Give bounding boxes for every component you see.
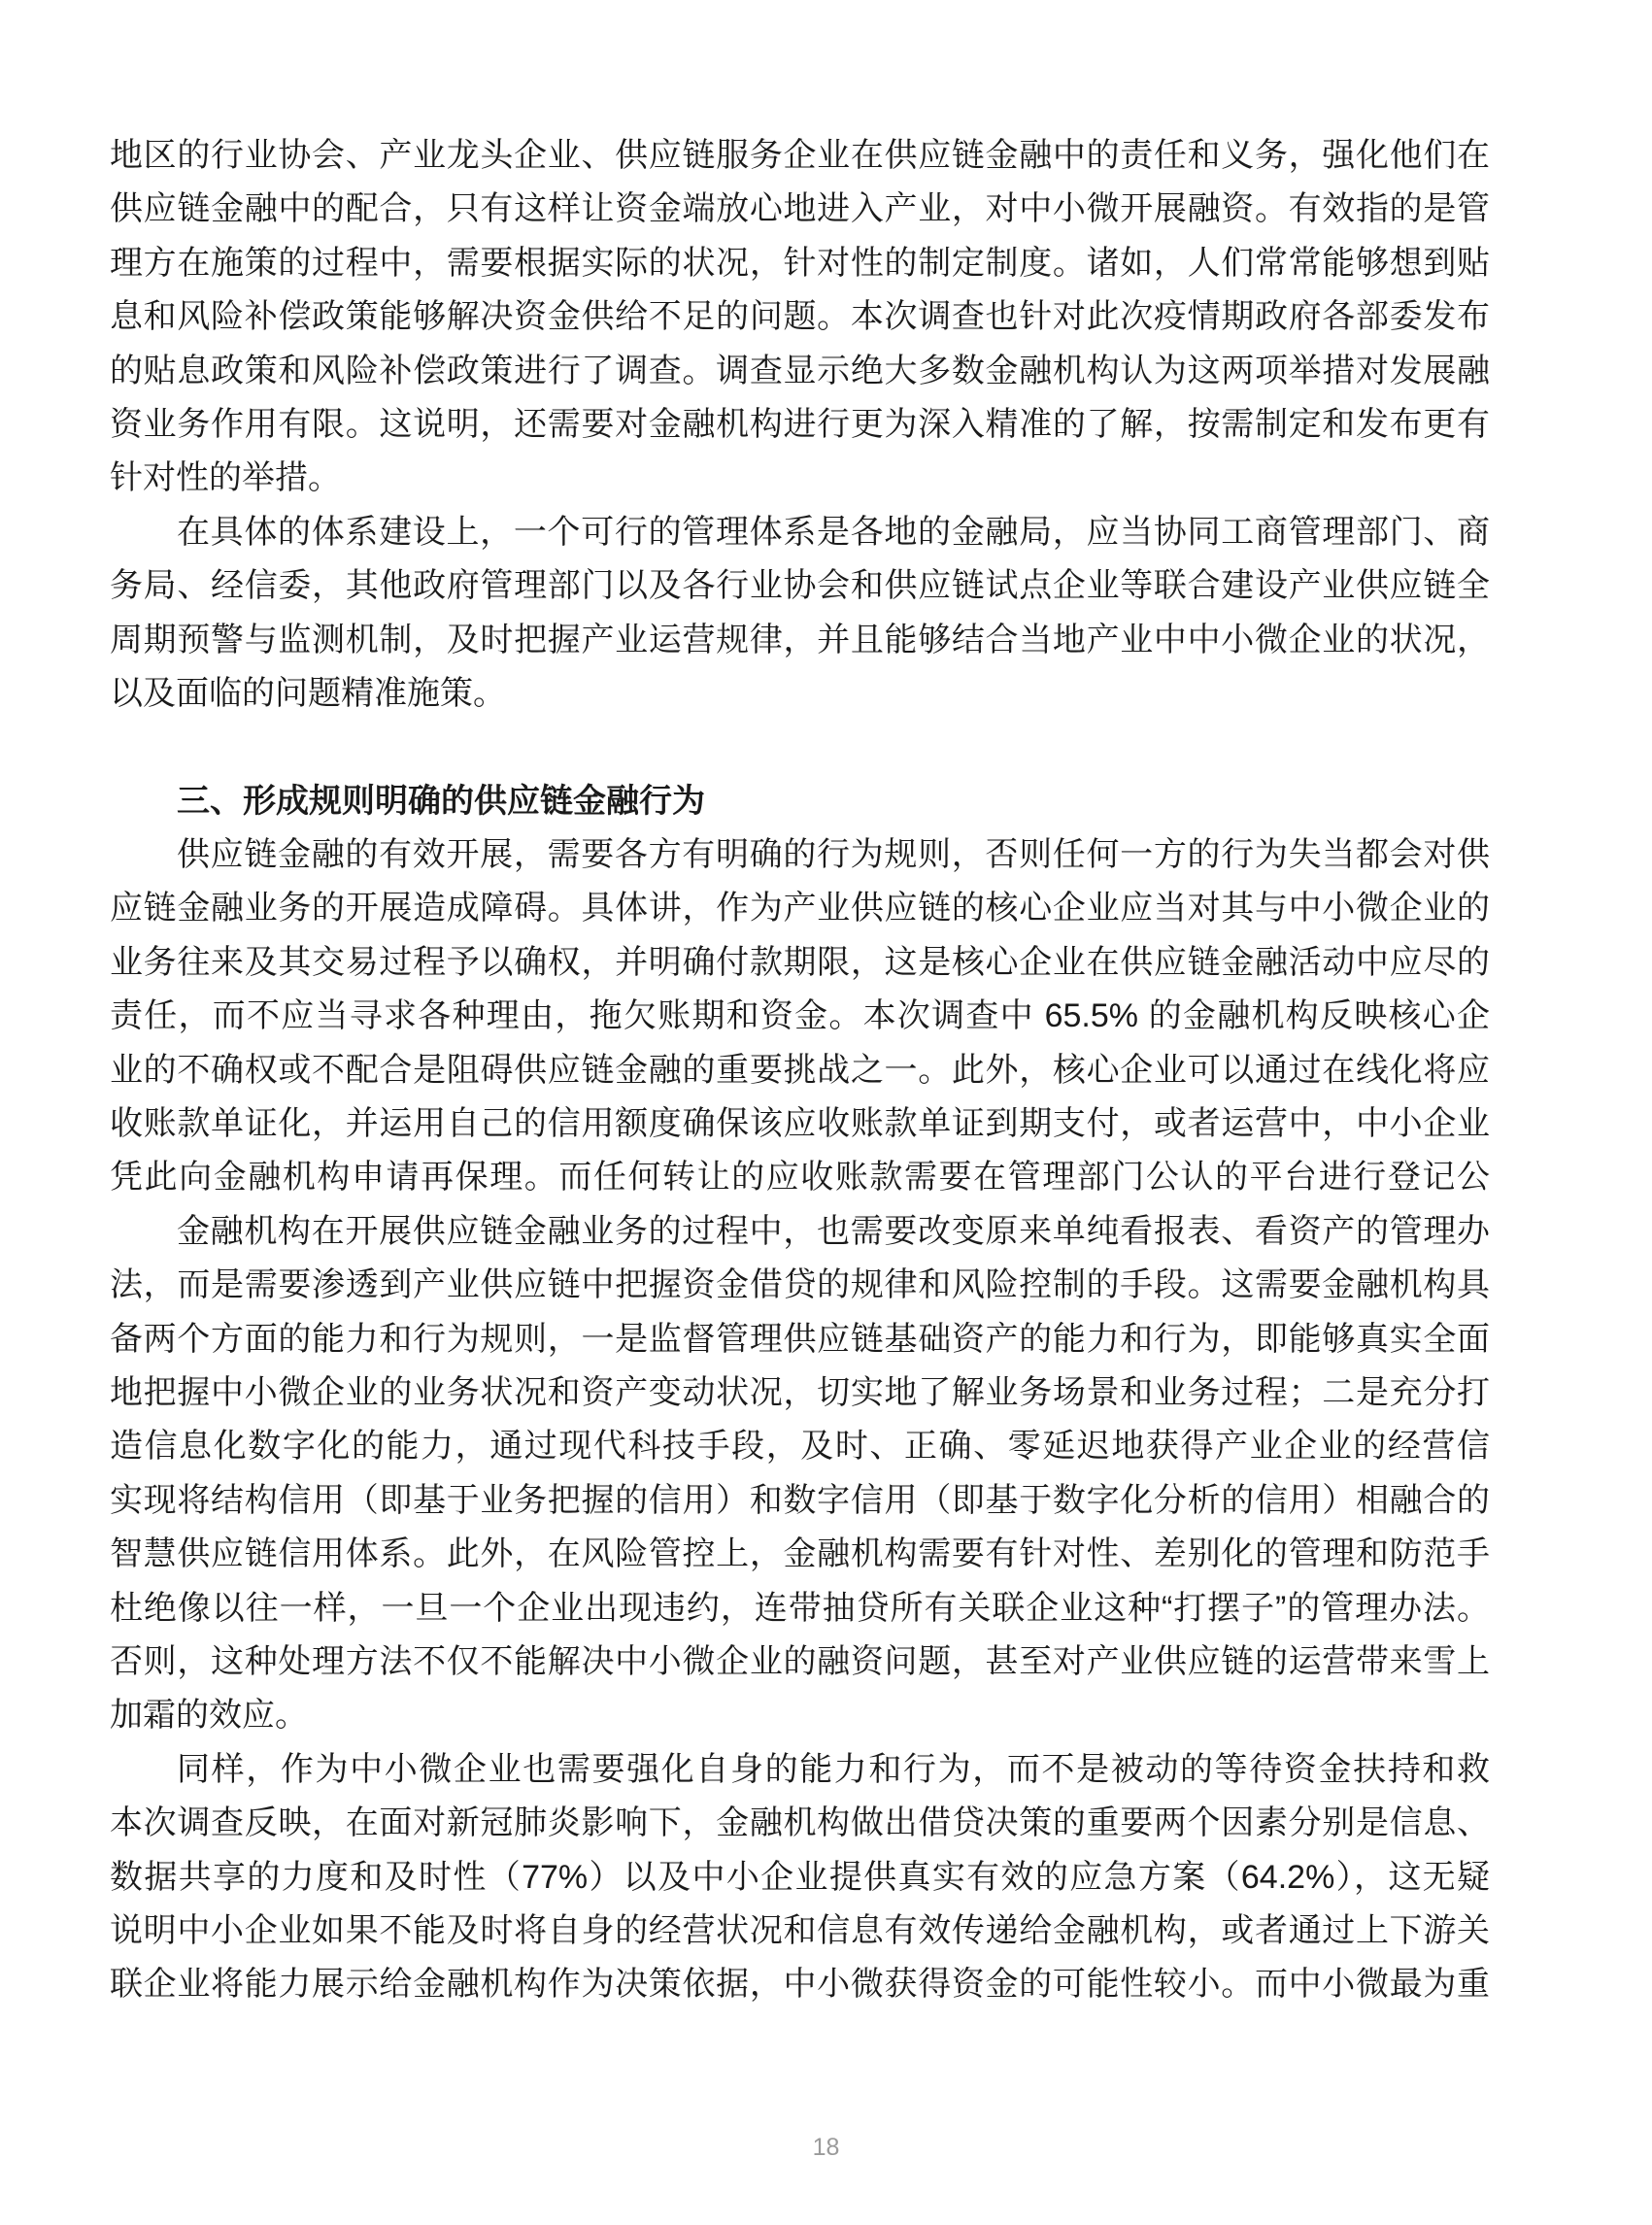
text-line: 说明中小企业如果不能及时将自身的经营状况和信息有效传递给金融机构，或者通过上下游…: [110, 1905, 1490, 1958]
text-line: 本次调查反映，在面对新冠肺炎影响下，金融机构做出借贷决策的重要两个因素分别是信息…: [110, 1797, 1490, 1850]
text-line: 在具体的体系建设上，一个可行的管理体系是各地的金融局，应当协同工商管理部门、商: [110, 506, 1490, 559]
text-line: 金融机构在开展供应链金融业务的过程中，也需要改变原来单纯看报表、看资产的管理办: [110, 1205, 1490, 1259]
paragraph: 地区的行业协会、产业龙头企业、供应链服务企业在供应链金融中的责任和义务，强化他们…: [110, 129, 1490, 506]
text-line: 地区的行业协会、产业龙头企业、供应链服务企业在供应链金融中的责任和义务，强化他们…: [110, 129, 1490, 183]
text-line: 地把握中小微企业的业务状况和资产变动状况，切实地了解业务场景和业务过程；二是充分…: [110, 1366, 1490, 1420]
text-line: 周期预警与监测机制，及时把握产业运营规律，并且能够结合当地产业中中小微企业的状况…: [110, 614, 1490, 667]
text-line: 收账款单证化，并运用自己的信用额度确保该应收账款单证到期支付，或者运营中，中小企…: [110, 1097, 1490, 1151]
paragraph: 金融机构在开展供应链金融业务的过程中，也需要改变原来单纯看报表、看资产的管理办法…: [110, 1205, 1490, 1743]
text-line: 否则，这种处理方法不仅不能解决中小微企业的融资问题，甚至对产业供应链的运营带来雪…: [110, 1635, 1490, 1689]
paragraph: 供应链金融的有效开展，需要各方有明确的行为规则，否则任何一方的行为失当都会对供应…: [110, 828, 1490, 1205]
text-line: 针对性的举措。: [110, 452, 1490, 505]
text-line: 数据共享的力度和及时性（77%）以及中小企业提供真实有效的应急方案（64.2%）…: [110, 1851, 1490, 1905]
section-heading: 三、形成规则明确的供应链金融行为: [110, 775, 1490, 828]
paragraph: 同样，作为中小微企业也需要强化自身的能力和行为，而不是被动的等待资金扶持和救援。…: [110, 1743, 1490, 2012]
text-line: 智慧供应链信用体系。此外，在风险管控上，金融机构需要有针对性、差别化的管理和防范…: [110, 1528, 1490, 1581]
text-line: 凭此向金融机构申请再保理。而任何转让的应收账款需要在管理部门公认的平台进行登记公…: [110, 1151, 1490, 1204]
text-line: 杜绝像以往一样，一旦一个企业出现违约，连带抽贷所有关联企业这种“打摆子”的管理办…: [110, 1582, 1490, 1635]
text-line: 供应链金融的有效开展，需要各方有明确的行为规则，否则任何一方的行为失当都会对供: [110, 828, 1490, 882]
text-line: 备两个方面的能力和行为规则，一是监督管理供应链基础资产的能力和行为，即能够真实全…: [110, 1313, 1490, 1366]
text-line: 加霜的效应。: [110, 1689, 1490, 1742]
document-page: { "document": { "language": "zh-CN", "pa…: [0, 0, 1652, 2225]
text-line: 息和风险补偿政策能够解决资金供给不足的问题。本次调查也针对此次疫情期政府各部委发…: [110, 290, 1490, 344]
paragraph: 在具体的体系建设上，一个可行的管理体系是各地的金融局，应当协同工商管理部门、商务…: [110, 506, 1490, 722]
text-line: 联企业将能力展示给金融机构作为决策依据，中小微获得资金的可能性较小。而中小微最为…: [110, 1958, 1490, 2011]
text-line: 实现将结构信用（即基于业务把握的信用）和数字信用（即基于数字化分析的信用）相融合…: [110, 1474, 1490, 1528]
text-line: 的贴息政策和风险补偿政策进行了调查。调查显示绝大多数金融机构认为这两项举措对发展…: [110, 345, 1490, 398]
text-line: 同样，作为中小微企业也需要强化自身的能力和行为，而不是被动的等待资金扶持和救援。: [110, 1743, 1490, 1797]
text-line: 理方在施策的过程中，需要根据实际的状况，针对性的制定制度。诸如，人们常常能够想到…: [110, 237, 1490, 290]
text-line: 法，而是需要渗透到产业供应链中把握资金借贷的规律和风险控制的手段。这需要金融机构…: [110, 1259, 1490, 1312]
text-line: 务局、经信委，其他政府管理部门以及各行业协会和供应链试点企业等联合建设产业供应链…: [110, 559, 1490, 613]
text-line: 供应链金融中的配合，只有这样让资金端放心地进入产业，对中小微开展融资。有效指的是…: [110, 183, 1490, 236]
text-line: 责任，而不应当寻求各种理由，拖欠账期和资金。本次调查中 65.5% 的金融机构反…: [110, 990, 1490, 1043]
text-line: 造信息化数字化的能力，通过现代科技手段，及时、正确、零延迟地获得产业企业的经营信…: [110, 1420, 1490, 1473]
text-block: 地区的行业协会、产业龙头企业、供应链服务企业在供应链金融中的责任和义务，强化他们…: [110, 129, 1490, 2012]
text-line: 以及面临的问题精准施策。: [110, 667, 1490, 721]
text-line: 业的不确权或不配合是阻碍供应链金融的重要挑战之一。此外，核心企业可以通过在线化将…: [110, 1044, 1490, 1097]
page-number: 18: [0, 2133, 1652, 2162]
text-line: 资业务作用有限。这说明，还需要对金融机构进行更为深入精准的了解，按需制定和发布更…: [110, 398, 1490, 452]
text-line: 应链金融业务的开展造成障碍。具体讲，作为产业供应链的核心企业应当对其与中小微企业…: [110, 882, 1490, 935]
text-line: 业务往来及其交易过程予以确权，并明确付款期限，这是核心企业在供应链金融活动中应尽…: [110, 936, 1490, 990]
paragraph-spacer: [110, 721, 1490, 774]
